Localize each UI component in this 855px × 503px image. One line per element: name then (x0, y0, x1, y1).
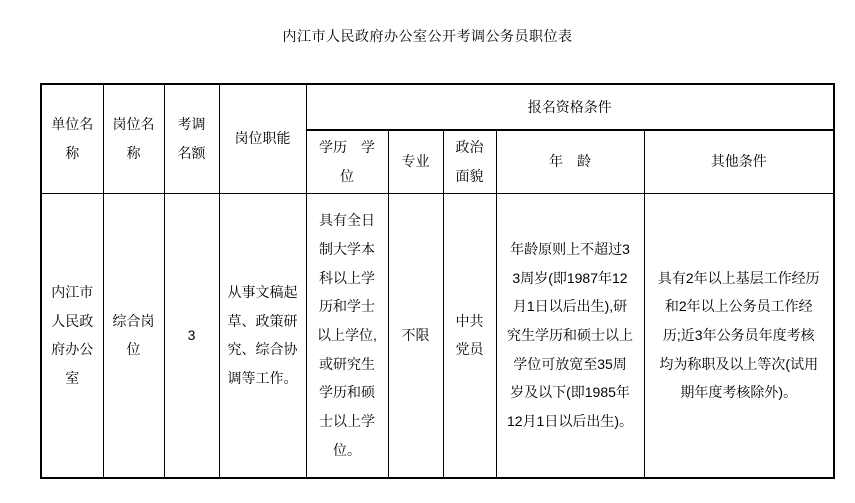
cell-other: 具有2年以上基层工作经历和2年以上公务员工作经历;近3年公务员年度考核均为称职及… (644, 193, 834, 478)
header-row-group: 单位名称 岗位名称 考调 名额 岗位职能 报名资格条件 (41, 84, 834, 130)
col-header-qualifications: 报名资格条件 (306, 84, 834, 130)
col-header-quota: 考调 名额 (164, 84, 219, 193)
col-header-education: 学历 学位 (306, 130, 388, 193)
table-row: 内江市人民政府办公室 综合岗位 3 从事文稿起草、政策研究、综合协调等工作。 具… (41, 193, 834, 478)
cell-duty: 从事文稿起草、政策研究、综合协调等工作。 (219, 193, 306, 478)
cell-age: 年龄原则上不超过33周岁(即1987年12月1日以后出生),研究生学历和硕士以上… (496, 193, 644, 478)
cell-education: 具有全日制大学本科以上学历和学士以上学位,或研究生学历和硕士以上学位。 (306, 193, 388, 478)
col-header-unit-name: 单位名称 (41, 84, 103, 193)
col-header-age: 年 龄 (496, 130, 644, 193)
cell-major: 不限 (388, 193, 443, 478)
col-header-duty: 岗位职能 (219, 84, 306, 193)
col-header-political-status: 政治面貌 (443, 130, 496, 193)
cell-unit-name: 内江市人民政府办公室 (41, 193, 103, 478)
cell-post-name: 综合岗位 (103, 193, 164, 478)
recruitment-positions-table: 单位名称 岗位名称 考调 名额 岗位职能 报名资格条件 学历 学位 专业 政治面… (40, 83, 835, 479)
col-header-other: 其他条件 (644, 130, 834, 193)
col-header-major: 专业 (388, 130, 443, 193)
page-title: 内江市人民政府办公室公开考调公务员职位表 (0, 26, 855, 46)
cell-quota: 3 (164, 193, 219, 478)
cell-political-status: 中共党员 (443, 193, 496, 478)
col-header-post-name: 岗位名称 (103, 84, 164, 193)
